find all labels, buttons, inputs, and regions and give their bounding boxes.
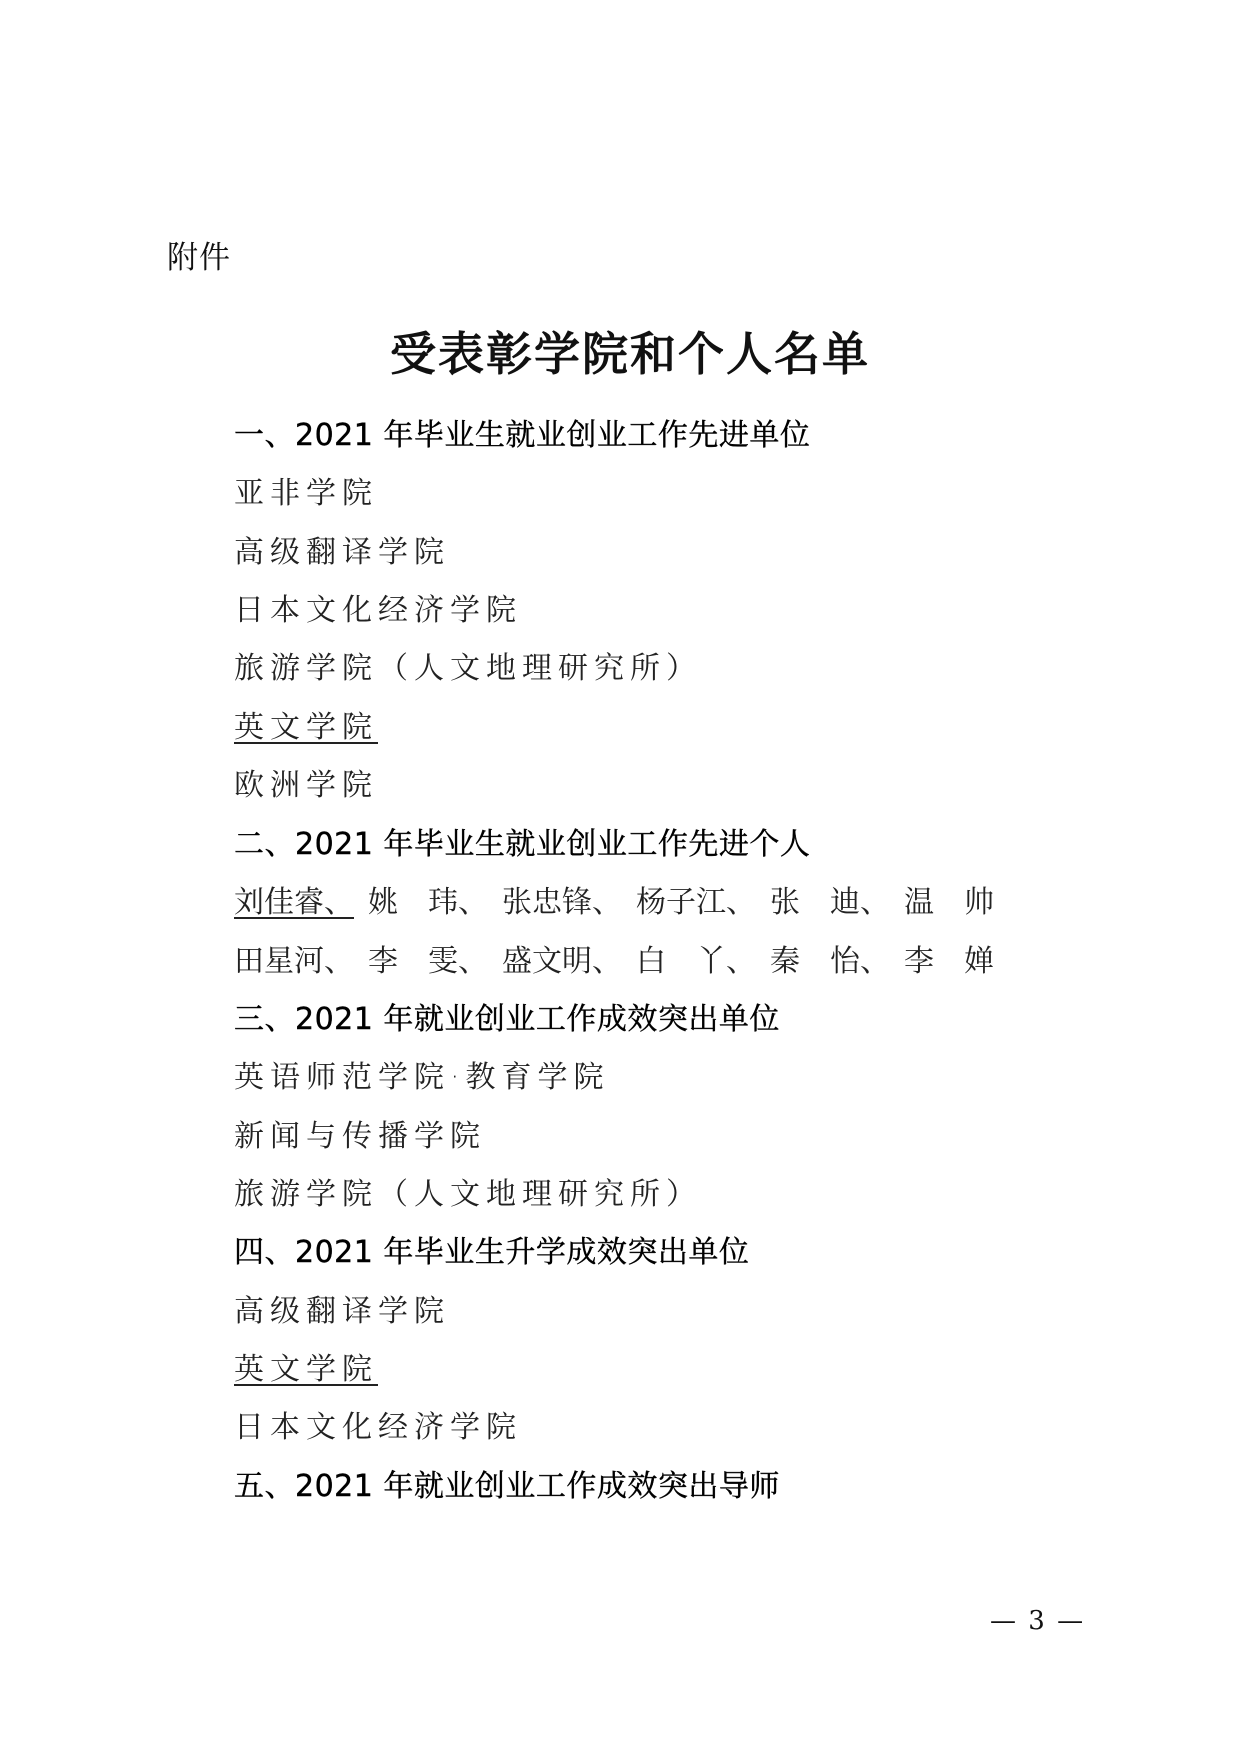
attachment-label: 附件 bbox=[167, 232, 231, 277]
list-item: 高级翻译学院 bbox=[234, 524, 450, 582]
section-heading-4: 四、2021 年毕业生升学成效突出单位 bbox=[234, 1224, 749, 1282]
name-row-2: 田星河、 李 雯、 盛文明、 白 丫、 秦 怡、 李 婵 bbox=[234, 933, 994, 991]
person-name: 张忠锋、 bbox=[502, 874, 622, 932]
list-item: 英语师范学院·教育学院 bbox=[234, 1049, 610, 1107]
list-item: 旅游学院（人文地理研究所） bbox=[234, 1166, 702, 1224]
list-item-underlined: 英文学院 bbox=[234, 699, 378, 757]
list-item: 旅游学院（人文地理研究所） bbox=[234, 640, 702, 698]
list-item: 日本文化经济学院 bbox=[234, 582, 522, 640]
list-item-underlined: 英文学院 bbox=[234, 1341, 378, 1399]
list-item: 新闻与传播学院 bbox=[234, 1108, 486, 1166]
section-heading-1: 一、2021 年毕业生就业创业工作先进单位 bbox=[234, 407, 810, 465]
section-heading-3: 三、2021 年就业创业工作成效突出单位 bbox=[234, 991, 780, 1049]
page-number: — 3 — bbox=[990, 1606, 1085, 1636]
page-title: 受表彰学院和个人名单 bbox=[0, 318, 1240, 384]
person-name: 张 迪、 bbox=[770, 874, 890, 932]
person-name: 李 雯、 bbox=[368, 933, 488, 991]
list-item: 欧洲学院 bbox=[234, 757, 378, 815]
section-heading-2: 二、2021 年毕业生就业创业工作先进个人 bbox=[234, 816, 810, 874]
person-name: 刘佳睿、 bbox=[234, 874, 354, 932]
name-row-1: 刘佳睿、 姚 玮、 张忠锋、 杨子江、 张 迪、 温 帅 bbox=[234, 874, 994, 932]
person-name: 田星河、 bbox=[234, 933, 354, 991]
list-item: 日本文化经济学院 bbox=[234, 1399, 522, 1457]
person-name: 温 帅 bbox=[904, 874, 994, 932]
person-name: 秦 怡、 bbox=[770, 933, 890, 991]
person-name: 李 婵 bbox=[904, 933, 994, 991]
person-name: 盛文明、 bbox=[502, 933, 622, 991]
person-name: 白 丫、 bbox=[636, 933, 756, 991]
person-name: 姚 玮、 bbox=[368, 874, 488, 932]
section-heading-5: 五、2021 年就业创业工作成效突出导师 bbox=[234, 1458, 780, 1516]
person-name: 杨子江、 bbox=[636, 874, 756, 932]
list-item: 亚非学院 bbox=[234, 465, 378, 523]
list-item: 高级翻译学院 bbox=[234, 1283, 450, 1341]
